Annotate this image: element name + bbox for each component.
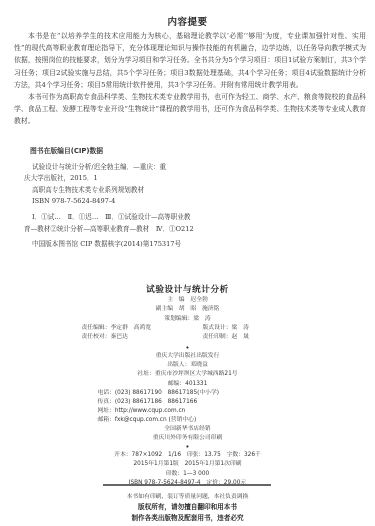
copyright-notice: 版权所有，请勿擅自翻印和用本书: [0, 502, 375, 513]
infringement-warning: 制作各类出版物及配套用书，违者必究: [0, 513, 375, 524]
postcode: 邮编：401331: [0, 380, 375, 389]
summary-paragraph-2: 本书可作为高职高专食品科学类、生物技术类专业教学用书，也可作为轻工、商学、水产、…: [14, 91, 366, 128]
cip-line-3: 高职高专生物技术类专业系列规划教材: [24, 185, 224, 197]
quality-notice: 本书如有印刷、装订等质量问题，本社负责调换: [0, 492, 375, 502]
associate-editors: 副主编 胡 昭 施济铭: [0, 305, 375, 314]
divider-rule: [103, 484, 271, 486]
distributor: 全国新华书店经销: [0, 425, 375, 434]
website: 网址：http://www.cqup.com.cn: [98, 407, 278, 416]
footer-notice: 本书如有印刷、装订等质量问题，本社负责调换 版权所有，请勿擅自翻印和用本书 制作…: [0, 492, 375, 523]
spec-block: 开本：787×1092 1/16 印张：13.75 字数：326千 2015年1…: [0, 451, 375, 488]
cip-classification-1: Ⅰ．①试… Ⅱ．①迟… Ⅲ．①试验设计—高等职业教: [24, 212, 224, 224]
edition-info: 2015年1月第1版 2015年1月第1次印刷: [0, 460, 375, 469]
format-specs: 开本：787×1092 1/16 印张：13.75 字数：326千: [0, 451, 375, 460]
print-supervisor: 责任印制：赵 晟: [203, 333, 249, 342]
cip-record-number: 中国版本图书馆 CIP 数据核字(2014)第175317号: [24, 239, 224, 251]
cip-title: 图书在版编目(CIP)数据: [30, 146, 224, 158]
layout-design: 版式设计：梁 涛: [203, 324, 249, 333]
chief-editor: 主 编 迟全勃: [0, 296, 375, 305]
staff-credits: 责任编辑：李定群 高鸿宽 版式设计：梁 涛 责任校对：秦巴达 责任印制：赵 晟: [68, 324, 308, 344]
cip-isbn: ISBN 978-7-5624-8497-4: [24, 196, 224, 208]
printer: 重庆川外印务有限公司印刷: [0, 434, 375, 443]
address: 社址：重庆市沙坪坝区大学城西路21号: [0, 370, 375, 379]
summary-paragraph-1: 本书是在“以培养学生的技术应用能力为核心，基础理论教学以‘必需’‘够用’为度，专…: [14, 30, 366, 91]
print-run: 印数：1—3 000: [0, 470, 375, 479]
copyright-page: 内容提要 本书是在“以培养学生的技术应用能力为核心，基础理论教学以‘必需’‘够用…: [0, 0, 375, 526]
cip-line-2: 庆大学出版社，2015．1: [24, 173, 224, 185]
cip-data-block: 图书在版编目(CIP)数据 试验设计与统计分析/迟全勃主编．—重庆：重 庆大学出…: [24, 146, 224, 251]
cip-line-1: 试验设计与统计分析/迟全勃主编．—重庆：重: [24, 162, 224, 174]
email: 邮箱：fxk@cqup.com.cn (营销中心): [98, 416, 278, 425]
summary-body: 本书是在“以培养学生的技术应用能力为核心，基础理论教学以‘必需’‘够用’为度，专…: [14, 30, 366, 128]
publisher: 重庆大学出版社出版发行: [0, 352, 375, 361]
separator-dot-2: •: [0, 443, 375, 451]
planning-editor: 策划编辑：梁 涛: [0, 315, 375, 324]
proofreader: 责任校对：秦巴达: [82, 333, 128, 342]
responsible-editor: 责任编辑：李定群 高鸿宽: [82, 324, 152, 333]
phone: 电话：(023) 88617190 88617185(中小学): [98, 389, 278, 398]
separator-dot: •: [0, 344, 375, 352]
imprint-block: 试验设计与统计分析 主 编 迟全勃 副主编 胡 昭 施济铭 策划编辑：梁 涛 责…: [0, 283, 375, 488]
publisher-block: 重庆大学出版社出版发行 出版人：邓晓益 社址：重庆市沙坪坝区大学城西路21号 邮…: [0, 352, 375, 443]
fax: 传真：(023) 88617186 88617166: [98, 398, 278, 407]
cip-classification-2: 育—教材②统计分析—高等职业教育—教材 Ⅳ．①O212: [24, 224, 224, 236]
summary-title: 内容提要: [0, 14, 375, 28]
book-title: 试验设计与统计分析: [0, 283, 375, 295]
publisher-person: 出版人：邓晓益: [0, 361, 375, 370]
